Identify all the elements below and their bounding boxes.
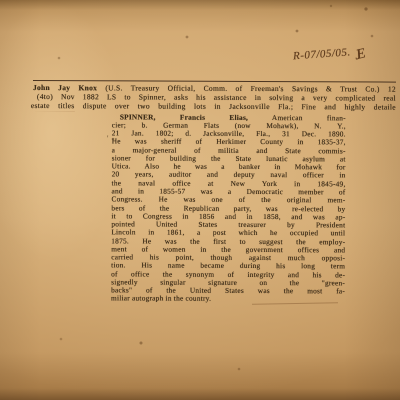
- underlined-word-real: real: [383, 94, 395, 103]
- left-margin-mark: ': [107, 134, 108, 143]
- biography-line-1-rest: American finan-: [248, 113, 346, 122]
- annotation-initials: JE: [353, 47, 363, 64]
- printed-catalog-text: John Jay Knox (U.S. Treasury Official, C…: [32, 80, 400, 304]
- listing-line-3: estate titles dispute over two building …: [31, 101, 396, 112]
- spinner-biography-clipping: SPINNER, Francis Elias, American finan- …: [111, 113, 346, 304]
- lot-description-3: dispute over two building lots in Jackso…: [74, 102, 395, 112]
- annotation-date-code: R-07/05/05.: [293, 46, 351, 62]
- underlined-words-estate-titles: estate titles: [31, 101, 75, 112]
- handwritten-annotation: R-07/05/05.JE: [293, 44, 361, 65]
- clipping-lines: cier; b. German Flats (now Mohawk), N. Y…: [111, 121, 346, 304]
- lot-listing-header: John Jay Knox (U.S. Treasury Official, C…: [33, 80, 396, 112]
- photo-of-catalog-page: R-07/05/05.JE John Jay Knox (U.S. Treasu…: [0, 0, 400, 400]
- biography-subject-name: SPINNER, Francis Elias,: [120, 113, 248, 122]
- lot-name: John Jay Knox: [33, 83, 97, 92]
